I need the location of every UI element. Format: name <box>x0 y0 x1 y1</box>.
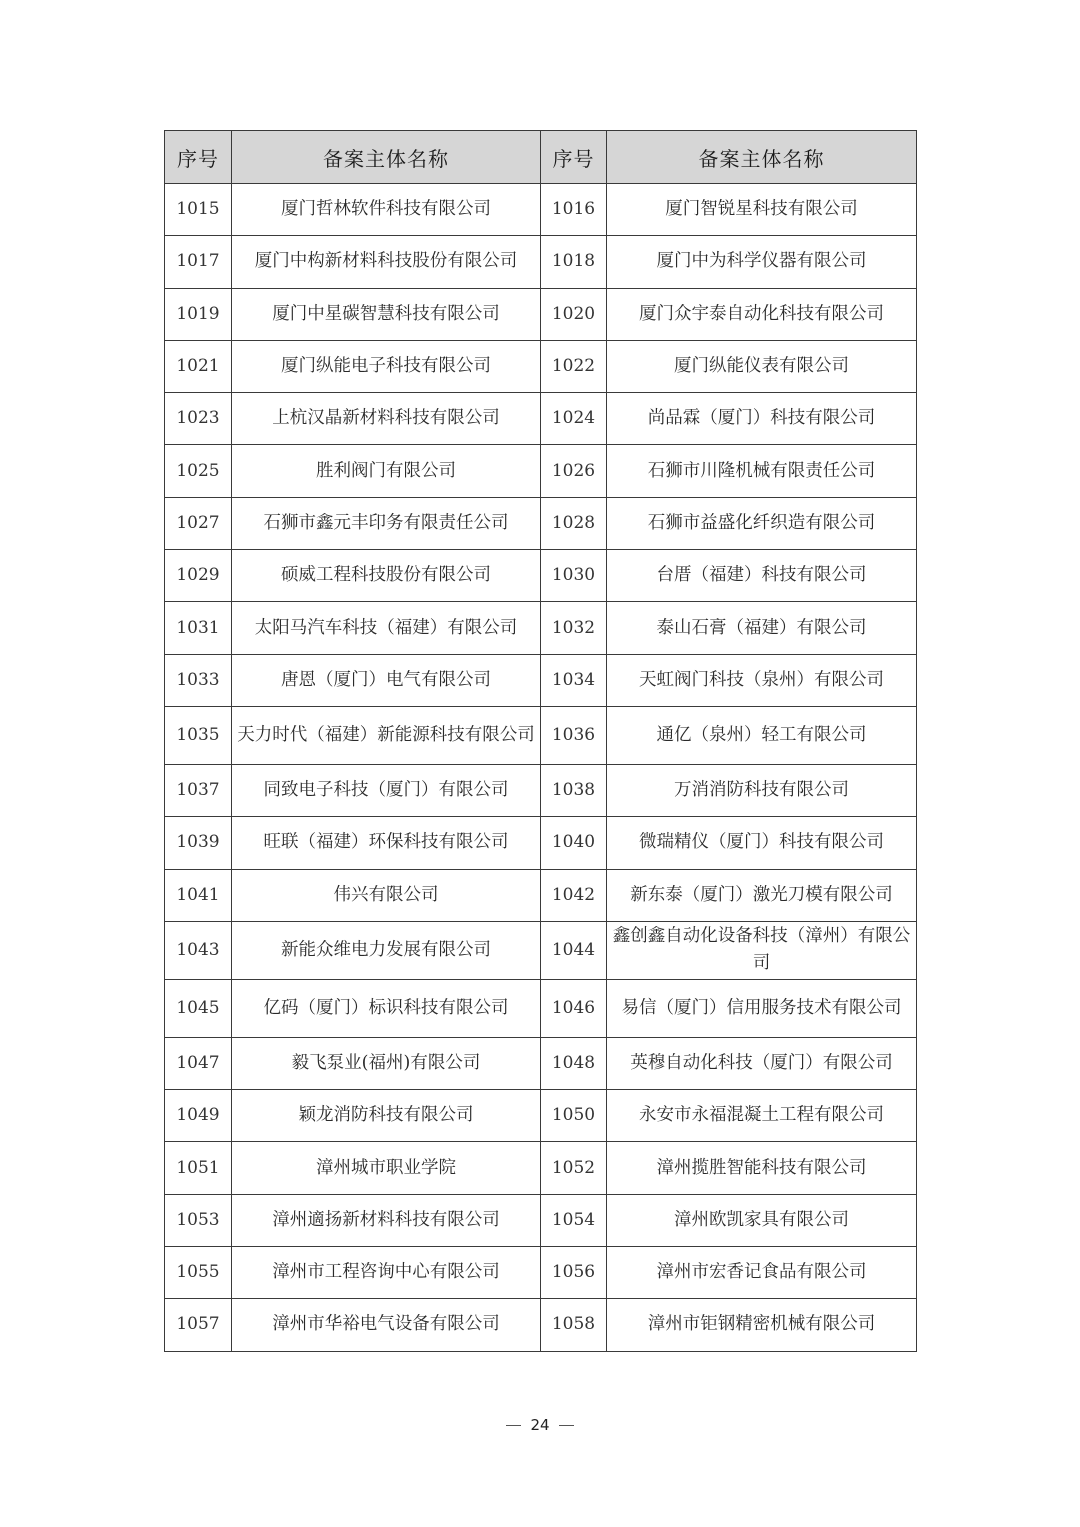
table-row: 1039旺联（福建）环保科技有限公司1040微瑞精仪（厦门）科技有限公司 <box>165 817 917 869</box>
table-body: 1015厦门哲林软件科技有限公司1016厦门智锐星科技有限公司1017厦门中构新… <box>165 184 917 1352</box>
serial-number-cell: 1039 <box>165 817 232 869</box>
entity-name-cell: 上杭汉晶新材料科技有限公司 <box>232 393 541 445</box>
entity-name-cell: 天力时代（福建）新能源科技有限公司 <box>232 706 541 764</box>
serial-number-cell: 1051 <box>165 1142 232 1194</box>
entity-name-cell: 漳州市宏香记食品有限公司 <box>607 1247 917 1299</box>
header-serial-right: 序号 <box>541 131 607 184</box>
entity-name-cell: 漳州揽胜智能科技有限公司 <box>607 1142 917 1194</box>
entity-name-cell: 毅飞泵业(福州)有限公司 <box>232 1037 541 1089</box>
serial-number-cell: 1040 <box>541 817 607 869</box>
serial-number-cell: 1050 <box>541 1090 607 1142</box>
serial-number-cell: 1016 <box>541 184 607 236</box>
footer-dash-left <box>506 1425 521 1427</box>
serial-number-cell: 1057 <box>165 1299 232 1351</box>
entity-name-cell: 漳州城市职业学院 <box>232 1142 541 1194</box>
table-row: 1043新能众维电力发展有限公司1044鑫创鑫自动化设备科技（漳州）有限公司 <box>165 921 917 979</box>
entity-name-cell: 鑫创鑫自动化设备科技（漳州）有限公司 <box>607 921 917 979</box>
header-entity-name-left: 备案主体名称 <box>232 131 541 184</box>
serial-number-cell: 1058 <box>541 1299 607 1351</box>
serial-number-cell: 1043 <box>165 921 232 979</box>
table-row: 1045亿码（厦门）标识科技有限公司1046易信（厦门）信用服务技术有限公司 <box>165 979 917 1037</box>
serial-number-cell: 1038 <box>541 764 607 816</box>
table-row: 1031太阳马汽车科技（福建）有限公司1032泰山石膏（福建）有限公司 <box>165 602 917 654</box>
table-row: 1053漳州適扬新材料科技有限公司1054漳州欧凯家具有限公司 <box>165 1194 917 1246</box>
serial-number-cell: 1019 <box>165 288 232 340</box>
entity-name-cell: 台厝（福建）科技有限公司 <box>607 550 917 602</box>
entity-name-cell: 石狮市川隆机械有限责任公司 <box>607 445 917 497</box>
table-row: 1033唐恩（厦门）电气有限公司1034天虹阀门科技（泉州）有限公司 <box>165 654 917 706</box>
serial-number-cell: 1035 <box>165 706 232 764</box>
serial-number-cell: 1037 <box>165 764 232 816</box>
serial-number-cell: 1055 <box>165 1247 232 1299</box>
serial-number-cell: 1034 <box>541 654 607 706</box>
entity-name-cell: 胜利阀门有限公司 <box>232 445 541 497</box>
entity-name-cell: 厦门纵能电子科技有限公司 <box>232 340 541 392</box>
table-row: 1037同致电子科技（厦门）有限公司1038万消消防科技有限公司 <box>165 764 917 816</box>
entity-name-cell: 亿码（厦门）标识科技有限公司 <box>232 979 541 1037</box>
serial-number-cell: 1020 <box>541 288 607 340</box>
page-number: 24 <box>530 1416 549 1434</box>
entity-name-cell: 漳州欧凯家具有限公司 <box>607 1194 917 1246</box>
entity-name-cell: 天虹阀门科技（泉州）有限公司 <box>607 654 917 706</box>
serial-number-cell: 1026 <box>541 445 607 497</box>
entity-name-cell: 厦门中星碳智慧科技有限公司 <box>232 288 541 340</box>
entity-name-cell: 厦门纵能仪表有限公司 <box>607 340 917 392</box>
entity-name-cell: 尚品霖（厦门）科技有限公司 <box>607 393 917 445</box>
entity-name-cell: 石狮市益盛化纤织造有限公司 <box>607 497 917 549</box>
entity-name-cell: 石狮市鑫元丰印务有限责任公司 <box>232 497 541 549</box>
header-entity-name-right: 备案主体名称 <box>607 131 917 184</box>
page-footer: 24 <box>0 1416 1080 1434</box>
entity-name-cell: 新能众维电力发展有限公司 <box>232 921 541 979</box>
serial-number-cell: 1041 <box>165 869 232 921</box>
serial-number-cell: 1052 <box>541 1142 607 1194</box>
table-row: 1055漳州市工程咨询中心有限公司1056漳州市宏香记食品有限公司 <box>165 1247 917 1299</box>
document-page: 序号 备案主体名称 序号 备案主体名称 1015厦门哲林软件科技有限公司1016… <box>0 0 1080 1527</box>
serial-number-cell: 1030 <box>541 550 607 602</box>
footer-dash-right <box>559 1425 574 1427</box>
serial-number-cell: 1036 <box>541 706 607 764</box>
table-header-row: 序号 备案主体名称 序号 备案主体名称 <box>165 131 917 184</box>
serial-number-cell: 1054 <box>541 1194 607 1246</box>
header-serial-left: 序号 <box>165 131 232 184</box>
serial-number-cell: 1017 <box>165 236 232 288</box>
entity-name-cell: 唐恩（厦门）电气有限公司 <box>232 654 541 706</box>
table-row: 1041伟兴有限公司1042新东泰（厦门）激光刀模有限公司 <box>165 869 917 921</box>
entity-name-cell: 万消消防科技有限公司 <box>607 764 917 816</box>
table-row: 1019厦门中星碳智慧科技有限公司1020厦门众宇泰自动化科技有限公司 <box>165 288 917 340</box>
entity-name-cell: 硕威工程科技股份有限公司 <box>232 550 541 602</box>
serial-number-cell: 1021 <box>165 340 232 392</box>
serial-number-cell: 1028 <box>541 497 607 549</box>
entity-name-cell: 颖龙消防科技有限公司 <box>232 1090 541 1142</box>
entity-name-cell: 漳州市工程咨询中心有限公司 <box>232 1247 541 1299</box>
serial-number-cell: 1029 <box>165 550 232 602</box>
entity-name-cell: 同致电子科技（厦门）有限公司 <box>232 764 541 816</box>
table-row: 1025胜利阀门有限公司1026石狮市川隆机械有限责任公司 <box>165 445 917 497</box>
entity-name-cell: 漳州適扬新材料科技有限公司 <box>232 1194 541 1246</box>
entity-name-cell: 通亿（泉州）轻工有限公司 <box>607 706 917 764</box>
serial-number-cell: 1031 <box>165 602 232 654</box>
entity-name-cell: 厦门众宇泰自动化科技有限公司 <box>607 288 917 340</box>
entity-name-cell: 漳州市华裕电气设备有限公司 <box>232 1299 541 1351</box>
serial-number-cell: 1045 <box>165 979 232 1037</box>
serial-number-cell: 1056 <box>541 1247 607 1299</box>
entity-name-cell: 伟兴有限公司 <box>232 869 541 921</box>
table-row: 1051漳州城市职业学院1052漳州揽胜智能科技有限公司 <box>165 1142 917 1194</box>
entity-name-cell: 太阳马汽车科技（福建）有限公司 <box>232 602 541 654</box>
serial-number-cell: 1025 <box>165 445 232 497</box>
entity-name-cell: 永安市永福混凝土工程有限公司 <box>607 1090 917 1142</box>
table-row: 1035天力时代（福建）新能源科技有限公司1036通亿（泉州）轻工有限公司 <box>165 706 917 764</box>
serial-number-cell: 1022 <box>541 340 607 392</box>
serial-number-cell: 1049 <box>165 1090 232 1142</box>
table-row: 1021厦门纵能电子科技有限公司1022厦门纵能仪表有限公司 <box>165 340 917 392</box>
entity-name-cell: 厦门中构新材料科技股份有限公司 <box>232 236 541 288</box>
serial-number-cell: 1015 <box>165 184 232 236</box>
table-row: 1047毅飞泵业(福州)有限公司1048英穆自动化科技（厦门）有限公司 <box>165 1037 917 1089</box>
serial-number-cell: 1042 <box>541 869 607 921</box>
serial-number-cell: 1044 <box>541 921 607 979</box>
table-row: 1049颖龙消防科技有限公司1050永安市永福混凝土工程有限公司 <box>165 1090 917 1142</box>
serial-number-cell: 1048 <box>541 1037 607 1089</box>
entity-name-cell: 厦门智锐星科技有限公司 <box>607 184 917 236</box>
entity-name-cell: 旺联（福建）环保科技有限公司 <box>232 817 541 869</box>
serial-number-cell: 1023 <box>165 393 232 445</box>
entity-name-cell: 英穆自动化科技（厦门）有限公司 <box>607 1037 917 1089</box>
table-row: 1027石狮市鑫元丰印务有限责任公司1028石狮市益盛化纤织造有限公司 <box>165 497 917 549</box>
table-row: 1015厦门哲林软件科技有限公司1016厦门智锐星科技有限公司 <box>165 184 917 236</box>
serial-number-cell: 1053 <box>165 1194 232 1246</box>
table-row: 1017厦门中构新材料科技股份有限公司1018厦门中为科学仪器有限公司 <box>165 236 917 288</box>
entity-name-cell: 泰山石膏（福建）有限公司 <box>607 602 917 654</box>
entity-name-cell: 厦门哲林软件科技有限公司 <box>232 184 541 236</box>
table-row: 1057漳州市华裕电气设备有限公司1058漳州市钜钢精密机械有限公司 <box>165 1299 917 1351</box>
entity-name-cell: 微瑞精仪（厦门）科技有限公司 <box>607 817 917 869</box>
entity-name-cell: 漳州市钜钢精密机械有限公司 <box>607 1299 917 1351</box>
entity-name-cell: 易信（厦门）信用服务技术有限公司 <box>607 979 917 1037</box>
entity-name-cell: 厦门中为科学仪器有限公司 <box>607 236 917 288</box>
serial-number-cell: 1033 <box>165 654 232 706</box>
serial-number-cell: 1018 <box>541 236 607 288</box>
table-row: 1029硕威工程科技股份有限公司1030台厝（福建）科技有限公司 <box>165 550 917 602</box>
serial-number-cell: 1024 <box>541 393 607 445</box>
entity-name-cell: 新东泰（厦门）激光刀模有限公司 <box>607 869 917 921</box>
serial-number-cell: 1046 <box>541 979 607 1037</box>
registration-table: 序号 备案主体名称 序号 备案主体名称 1015厦门哲林软件科技有限公司1016… <box>164 130 917 1352</box>
serial-number-cell: 1027 <box>165 497 232 549</box>
serial-number-cell: 1032 <box>541 602 607 654</box>
serial-number-cell: 1047 <box>165 1037 232 1089</box>
table-row: 1023上杭汉晶新材料科技有限公司1024尚品霖（厦门）科技有限公司 <box>165 393 917 445</box>
